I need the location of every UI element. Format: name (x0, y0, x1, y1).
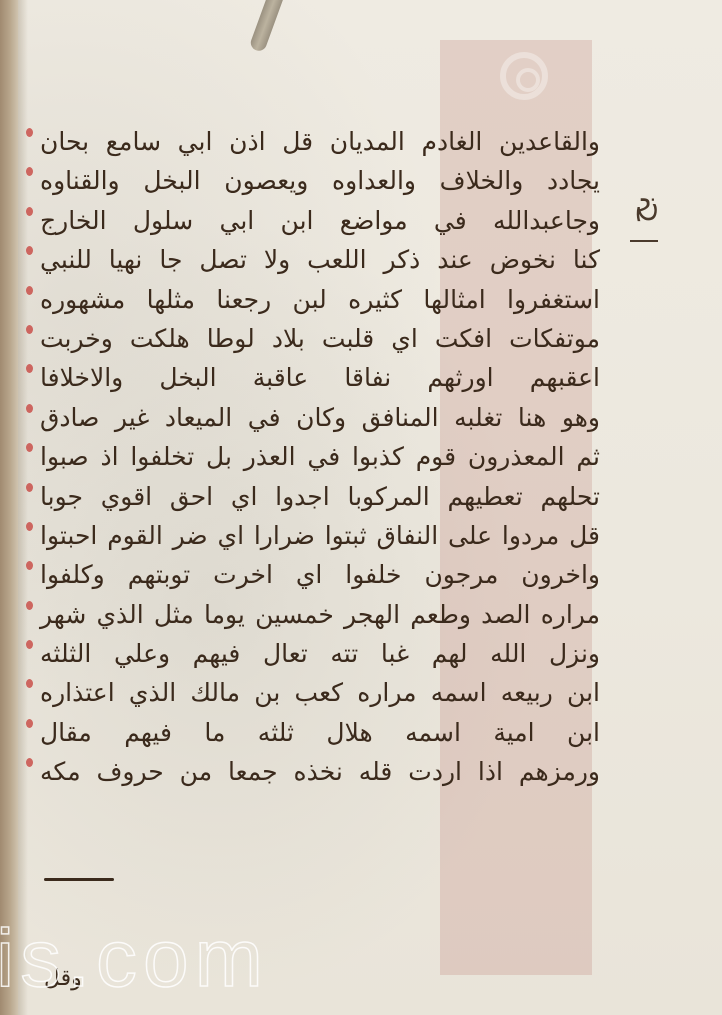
rubric-marker-icon (26, 207, 33, 216)
rubric-marker-icon (26, 325, 33, 334)
text-line: يجادد والخلاف والعداوه ويعصون البخل والق… (40, 161, 600, 200)
line-text: ثم المعذرون قوم كذبوا في العذر بل تخلفوا… (40, 442, 600, 471)
line-text: مراره الصد وطعم الهجر خمسين يوما مثل الذ… (40, 600, 600, 629)
watermark-url-text: is.com (0, 912, 269, 1006)
line-text: ونزل الله لهم غبا تته تعال فيهم وعلي الث… (40, 639, 600, 668)
rubric-marker-icon (26, 522, 33, 531)
rubric-marker-icon (26, 286, 33, 295)
ink-stroke-top (249, 0, 284, 53)
text-line: ورمزهم اذا اردت قله نخذه جمعا من حروف مك… (40, 752, 600, 791)
rubric-marker-icon (26, 758, 33, 767)
line-text: وهو هنا تغلبه المنافق وكان في الميعاد غي… (40, 403, 600, 432)
rubric-marker-icon (26, 246, 33, 255)
line-text: ابن امية اسمه هلال ثلثه ما فيهم مقال (40, 718, 600, 747)
binding-shadow (18, 0, 28, 1015)
text-line: وهو هنا تغلبه المنافق وكان في الميعاد غي… (40, 398, 600, 437)
text-line: تحلهم تعطيهم المركوبا اجدوا اي احق اقوي … (40, 477, 600, 516)
watermark-logo-icon (500, 52, 548, 100)
text-line: واخرون مرجون خلفوا اي اخرت توبتهم وكلفوا (40, 555, 600, 594)
text-line: مراره الصد وطعم الهجر خمسين يوما مثل الذ… (40, 595, 600, 634)
manuscript-text-block: والقاعدين الغادم المديان قل اذن ابي سامع… (40, 122, 600, 792)
rubric-marker-icon (26, 167, 33, 176)
line-text: قل مردوا على النفاق ثبتوا ضرارا اي ضر ال… (40, 521, 600, 550)
rubric-marker-icon (26, 364, 33, 373)
line-text: وجاعبدالله في مواضع ابن ابي سلول الخارج (40, 206, 600, 235)
text-line: كنا نخوض عند ذكر اللعب ولا تصل جا نهيا ل… (40, 240, 600, 279)
text-line: استغفروا امثالها كثيره لبن رجعنا مثلها م… (40, 280, 600, 319)
text-line: ابن ربيعه اسمه مراره كعب بن مالك الذي اع… (40, 673, 600, 712)
text-line: ونزل الله لهم غبا تته تعال فيهم وعلي الث… (40, 634, 600, 673)
margin-note-underline (630, 240, 658, 242)
text-line: قل مردوا على النفاق ثبتوا ضرارا اي ضر ال… (40, 516, 600, 555)
binding-edge (0, 0, 18, 1015)
rubric-marker-icon (26, 679, 33, 688)
line-text: واخرون مرجون خلفوا اي اخرت توبتهم وكلفوا (40, 560, 600, 589)
line-text: اعقبهم اورثهم نفاقا عاقبة البخل والاخلاف… (40, 363, 600, 392)
rubric-marker-icon (26, 404, 33, 413)
rubric-marker-icon (26, 561, 33, 570)
kashida-stroke (44, 878, 114, 881)
line-text: والقاعدين الغادم المديان قل اذن ابي سامع… (40, 127, 600, 156)
rubric-marker-icon (26, 640, 33, 649)
line-text: ورمزهم اذا اردت قله نخذه جمعا من حروف مك… (40, 757, 600, 786)
text-line: موتفكات افكت اي قلبت بلاد لوطا هلكت وخرب… (40, 319, 600, 358)
text-line: وجاعبدالله في مواضع ابن ابي سلول الخارج (40, 201, 600, 240)
manuscript-page: والقاعدين الغادم المديان قل اذن ابي سامع… (0, 0, 722, 1015)
line-text: استغفروا امثالها كثيره لبن رجعنا مثلها م… (40, 285, 600, 314)
line-text: يجادد والخلاف والعداوه ويعصون البخل والق… (40, 166, 600, 195)
margin-note: بح (622, 196, 657, 224)
rubric-marker-icon (26, 443, 33, 452)
line-text: تحلهم تعطيهم المركوبا اجدوا اي احق اقوي … (40, 482, 600, 511)
text-line: ابن امية اسمه هلال ثلثه ما فيهم مقال (40, 713, 600, 752)
line-text: كنا نخوض عند ذكر اللعب ولا تصل جا نهيا ل… (40, 245, 600, 274)
line-text: ابن ربيعه اسمه مراره كعب بن مالك الذي اع… (40, 678, 600, 707)
line-text: موتفكات افكت اي قلبت بلاد لوطا هلكت وخرب… (40, 324, 600, 353)
text-line: والقاعدين الغادم المديان قل اذن ابي سامع… (40, 122, 600, 161)
rubric-marker-icon (26, 128, 33, 137)
text-line: اعقبهم اورثهم نفاقا عاقبة البخل والاخلاف… (40, 358, 600, 397)
text-line: ثم المعذرون قوم كذبوا في العذر بل تخلفوا… (40, 437, 600, 476)
rubric-marker-icon (26, 719, 33, 728)
rubric-marker-icon (26, 483, 33, 492)
rubric-marker-icon (26, 601, 33, 610)
